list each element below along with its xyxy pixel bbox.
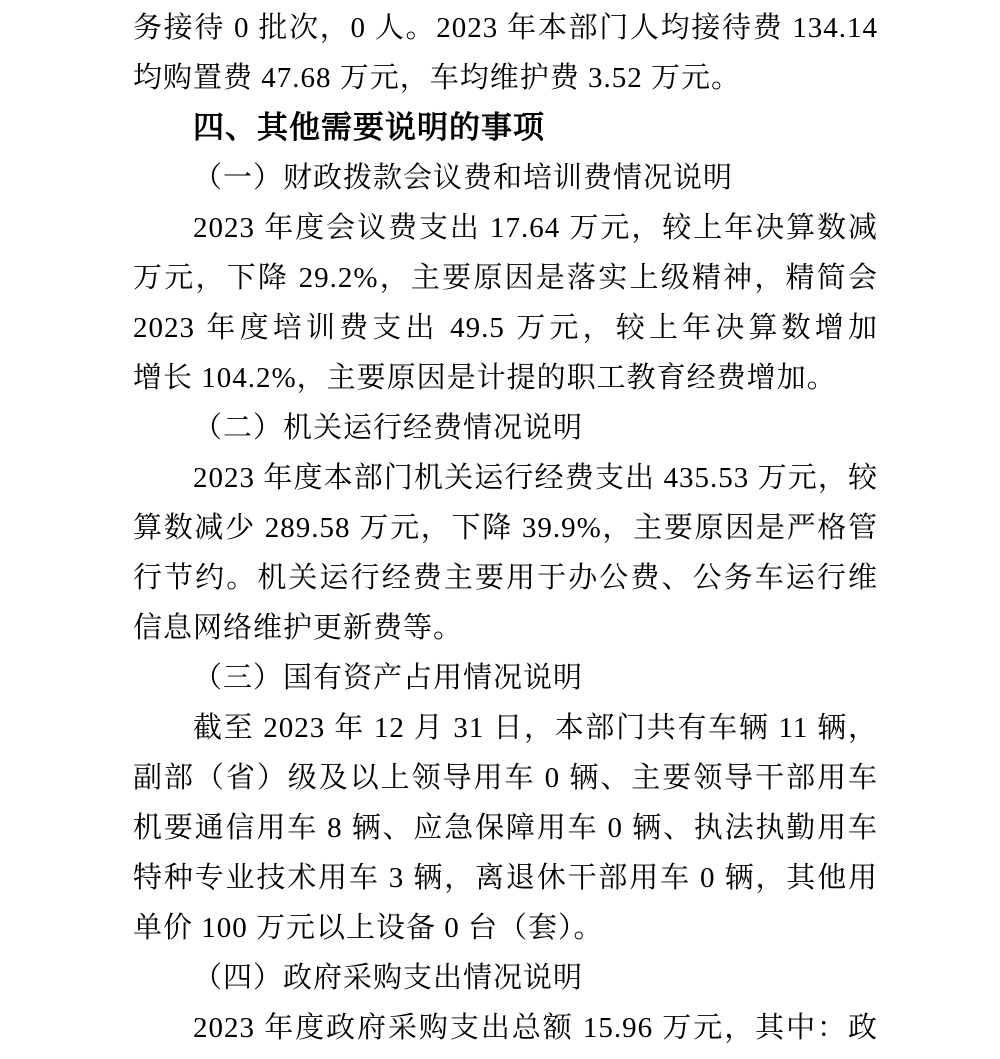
- text-line: 单价 100 万元以上设备 0 台（套）。: [133, 903, 878, 953]
- text-line: 2023 年度培训费支出 49.5 万元，较上年决算数增加 25.26 万元，: [133, 303, 878, 353]
- text-line: 特种专业技术用车 3 辆，离退休干部用车 0 辆，其他用车 0 辆。: [133, 853, 878, 903]
- text-line: 万元，下降 29.2%，主要原因是落实上级精神，精简会议。: [133, 253, 878, 303]
- text-line: 截至 2023 年 12 月 31 日，本部门共有车辆 11 辆，其中，: [133, 703, 878, 753]
- subsection-heading: （四）政府采购支出情况说明: [133, 953, 878, 1003]
- text-line: 2023 年度政府采购支出总额 15.96 万元，其中：政府采购: [133, 1003, 878, 1053]
- text-line: 信息网络维护更新费等。: [133, 603, 878, 653]
- text-line: 均购置费 47.68 万元，车均维护费 3.52 万元。: [133, 53, 878, 103]
- subsection-heading: （三）国有资产占用情况说明: [133, 653, 878, 703]
- text-line: 务接待 0 批次，0 人。2023 年本部门人均接待费 134.14 元，车: [133, 3, 878, 53]
- section-heading: 四、其他需要说明的事项: [133, 103, 878, 153]
- subsection-heading: （一）财政拨款会议费和培训费情况说明: [133, 153, 878, 203]
- document-page: 务接待 0 批次，0 人。2023 年本部门人均接待费 134.14 元，车均购…: [0, 0, 1000, 1059]
- text-line: 行节约。机关运行经费主要用于办公费、公务车运行维护费、: [133, 553, 878, 603]
- text-line: 副部（省）级及以上领导用车 0 辆、主要领导干部用车 0 辆、: [133, 753, 878, 803]
- text-line: 机要通信用车 8 辆、应急保障用车 0 辆、执法执勤用车 0 辆，: [133, 803, 878, 853]
- text-line: 2023 年度会议费支出 17.64 万元，较上年决算数减少 7.28: [133, 203, 878, 253]
- text-line: 2023 年度本部门机关运行经费支出 435.53 万元，较上年决: [133, 453, 878, 503]
- text-line: 算数减少 289.58 万元，下降 39.9%，主要原因是严格管理、厉: [133, 503, 878, 553]
- text-line: 增长 104.2%，主要原因是计提的职工教育经费增加。: [133, 353, 878, 403]
- subsection-heading: （二）机关运行经费情况说明: [133, 403, 878, 453]
- document-content: 务接待 0 批次，0 人。2023 年本部门人均接待费 134.14 元，车均购…: [133, 3, 878, 1053]
